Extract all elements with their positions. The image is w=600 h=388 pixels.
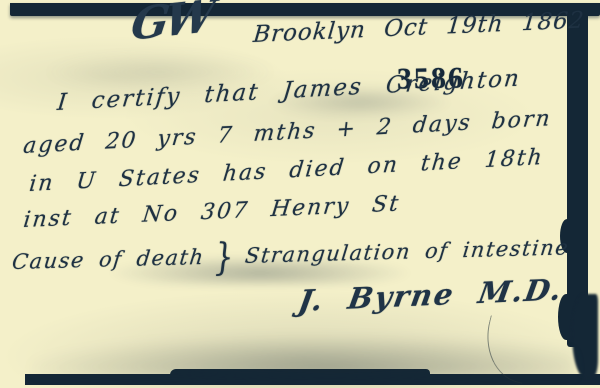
cause-of-death-label: Cause of death [11, 245, 206, 274]
handwritten-line: I certify that James Creighton [56, 66, 522, 116]
handwritten-line: inst at No 307 Henry St [22, 191, 401, 233]
cause-of-death-line: Cause of death}Strangulation of intestin… [10, 231, 571, 281]
document-scan: GW Brooklyn Oct 19th 1862 3586 I certify… [0, 0, 600, 388]
cause-of-death-value: Strangulation of intestine [244, 235, 571, 268]
bottom-border-band-thick [170, 369, 430, 385]
corner-ink-blot [572, 294, 598, 378]
physician-signature: J. Byrne M.D. [296, 272, 566, 318]
brace-mark: } [212, 236, 238, 280]
monogram-initials: GW [128, 0, 214, 51]
